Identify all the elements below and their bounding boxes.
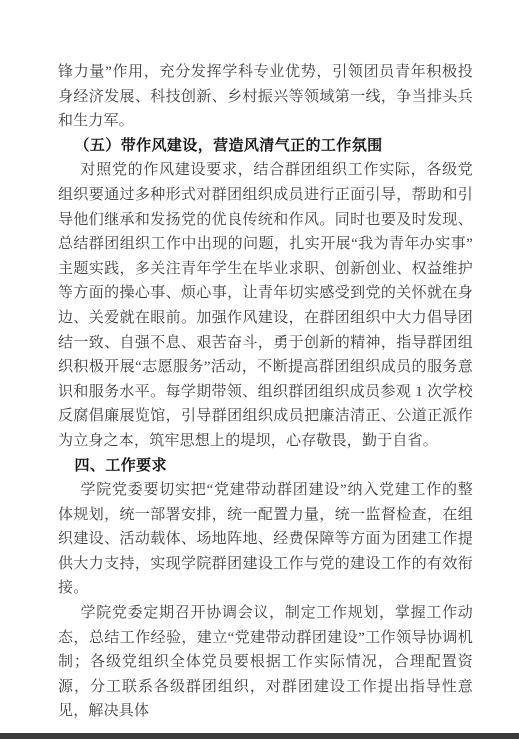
document-paragraph: 学院党委定期召开协调会议，制定工作规划，掌握工作动态，总结工作经验，建立“党建带… (58, 601, 473, 724)
section-heading: 四、工作要求 (58, 454, 473, 479)
document-paragraph: 学院党委要切实把“党建带动群团建设”纳入党建工作的整体规划，统一部署安排，统一配… (58, 478, 473, 601)
document-page: 锋力量”作用，充分发挥学科专业优势，引领团员青年积极投身经济发展、科技创新、乡村… (58, 60, 473, 724)
document-paragraph: 对照党的作风建设要求，结合群团组织工作实际，各级党组织要通过多种形式对群团组织成… (58, 158, 473, 453)
window-bottom-edge (0, 733, 519, 739)
document-viewer: 锋力量”作用，充分发挥学科专业优势，引领团员青年积极投身经济发展、科技创新、乡村… (0, 0, 519, 739)
document-paragraph: 锋力量”作用，充分发挥学科专业优势，引领团员青年积极投身经济发展、科技创新、乡村… (58, 60, 473, 134)
section-heading: （五）带作风建设，营造风清气正的工作氛围 (58, 134, 473, 159)
